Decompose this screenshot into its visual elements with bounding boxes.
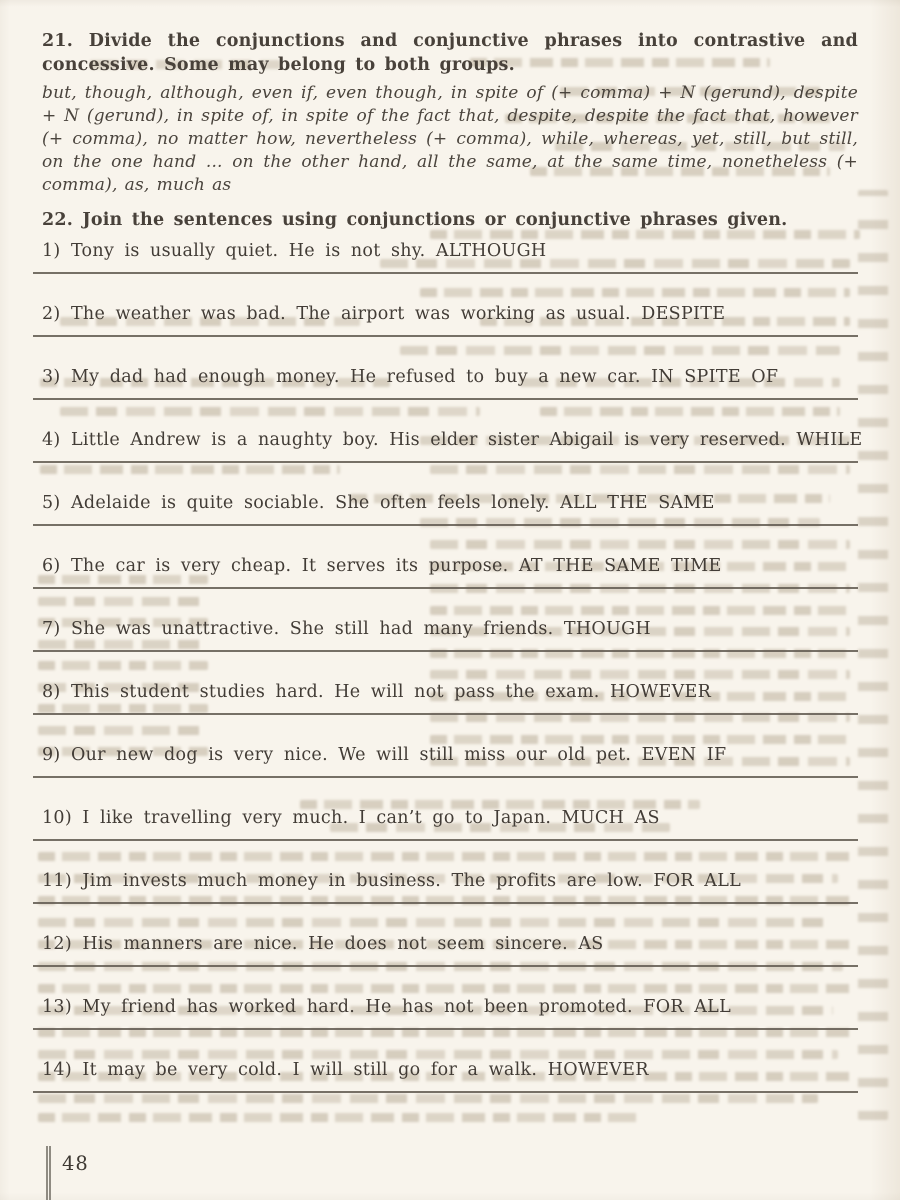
item-sentences: Little Andrew is a naughty boy. His elde… [71,430,786,450]
exercise-item: 2) The weather was bad. The airport was … [42,304,858,337]
answer-blank-line [33,839,858,841]
item-conjunction: IN SPITE OF [651,367,778,387]
exercise-item: 4) Little Andrew is a naughty boy. His e… [42,430,858,463]
answer-blank-line [33,902,858,904]
exercise-item: 6) The car is very cheap. It serves its … [42,556,858,589]
item-conjunction: MUCH AS [562,808,660,828]
item-number: 10) [42,808,72,828]
answer-blank-line [33,461,858,463]
item-conjunction: ALL THE SAME [560,493,715,513]
exercise-item: 8) This student studies hard. He will no… [42,682,858,715]
page-number: 48 [62,1152,89,1175]
item-conjunction: HOWEVER [548,1060,649,1080]
item-conjunction: DESPITE [641,304,725,324]
item-sentences: This student studies hard. He will not p… [71,682,600,702]
answer-blank-line [33,1028,858,1030]
item-number: 4) [42,430,61,450]
item-conjunction: AT THE SAME TIME [519,556,722,576]
item-sentences: Our new dog is very nice. We will still … [71,745,631,765]
item-conjunction: EVEN IF [642,745,727,765]
exercise-21-word-list: but, though, although, even if, even tho… [42,82,858,197]
item-number: 6) [42,556,61,576]
answer-blank-line [33,776,858,778]
item-number: 1) [42,241,61,261]
item-number: 11) [42,871,72,891]
answer-blank-line [33,650,858,652]
exercise-item: 14) It may be very cold. I will still go… [42,1060,858,1093]
item-conjunction: ALTHOUGH [436,241,547,261]
answer-blank-line [33,713,858,715]
item-sentences: She was unattractive. She still had many… [71,619,554,639]
item-number: 5) [42,493,61,513]
exercise-item: 12) His manners are nice. He does not se… [42,934,858,967]
answer-blank-line [33,1091,858,1093]
exercise-item: 11) Jim invests much money in business. … [42,871,858,904]
item-number: 7) [42,619,61,639]
exercise-item: 10) I like travelling very much. I can’t… [42,808,858,841]
item-number: 8) [42,682,61,702]
exercise-item: 3) My dad had enough money. He refused t… [42,367,858,400]
item-conjunction: THOUGH [564,619,651,639]
exercise-item: 13) My friend has worked hard. He has no… [42,997,858,1030]
item-sentences: The weather was bad. The airport was wor… [71,304,631,324]
item-number: 14) [42,1060,72,1080]
answer-blank-line [33,335,858,337]
item-sentences: My friend has worked hard. He has not be… [82,997,633,1017]
exercise-item: 7) She was unattractive. She still had m… [42,619,858,652]
exercise-22-heading: 22. Join the sentences using conjunction… [42,209,858,233]
item-number: 12) [42,934,72,954]
answer-blank-line [33,587,858,589]
item-conjunction: FOR ALL [643,997,731,1017]
item-number: 13) [42,997,72,1017]
item-number: 3) [42,367,61,387]
item-conjunction: HOWEVER [610,682,711,702]
item-sentences: It may be very cold. I will still go for… [82,1060,537,1080]
scanned-page: 21. Divide the conjunctions and conjunct… [0,0,900,1200]
answer-blank-line [33,965,858,967]
item-sentences: His manners are nice. He does not seem s… [82,934,568,954]
item-sentences: Jim invests much money in business. The … [82,871,643,891]
answer-blank-line [33,398,858,400]
page-content: 21. Divide the conjunctions and conjunct… [42,30,858,1123]
exercise-21-heading: 21. Divide the conjunctions and conjunct… [42,30,858,77]
item-sentences: Adelaide is quite sociable. She often fe… [71,493,550,513]
page-footer: 48 [46,1146,89,1200]
exercise-item: 1) Tony is usually quiet. He is not shy.… [42,241,858,274]
item-conjunction: FOR ALL [653,871,741,891]
item-sentences: Tony is usually quiet. He is not shy. [71,241,426,261]
item-sentences: I like travelling very much. I can’t go … [82,808,551,828]
exercise-item: 5) Adelaide is quite sociable. She often… [42,493,858,526]
item-sentences: The car is very cheap. It serves its pur… [71,556,509,576]
exercise-22-items: 1) Tony is usually quiet. He is not shy.… [42,241,858,1093]
answer-blank-line [33,524,858,526]
item-number: 2) [42,304,61,324]
item-conjunction: WHILE [796,430,862,450]
item-sentences: My dad had enough money. He refused to b… [71,367,641,387]
answer-blank-line [33,272,858,274]
exercise-item: 9) Our new dog is very nice. We will sti… [42,745,858,778]
item-conjunction: AS [578,934,603,954]
item-number: 9) [42,745,61,765]
